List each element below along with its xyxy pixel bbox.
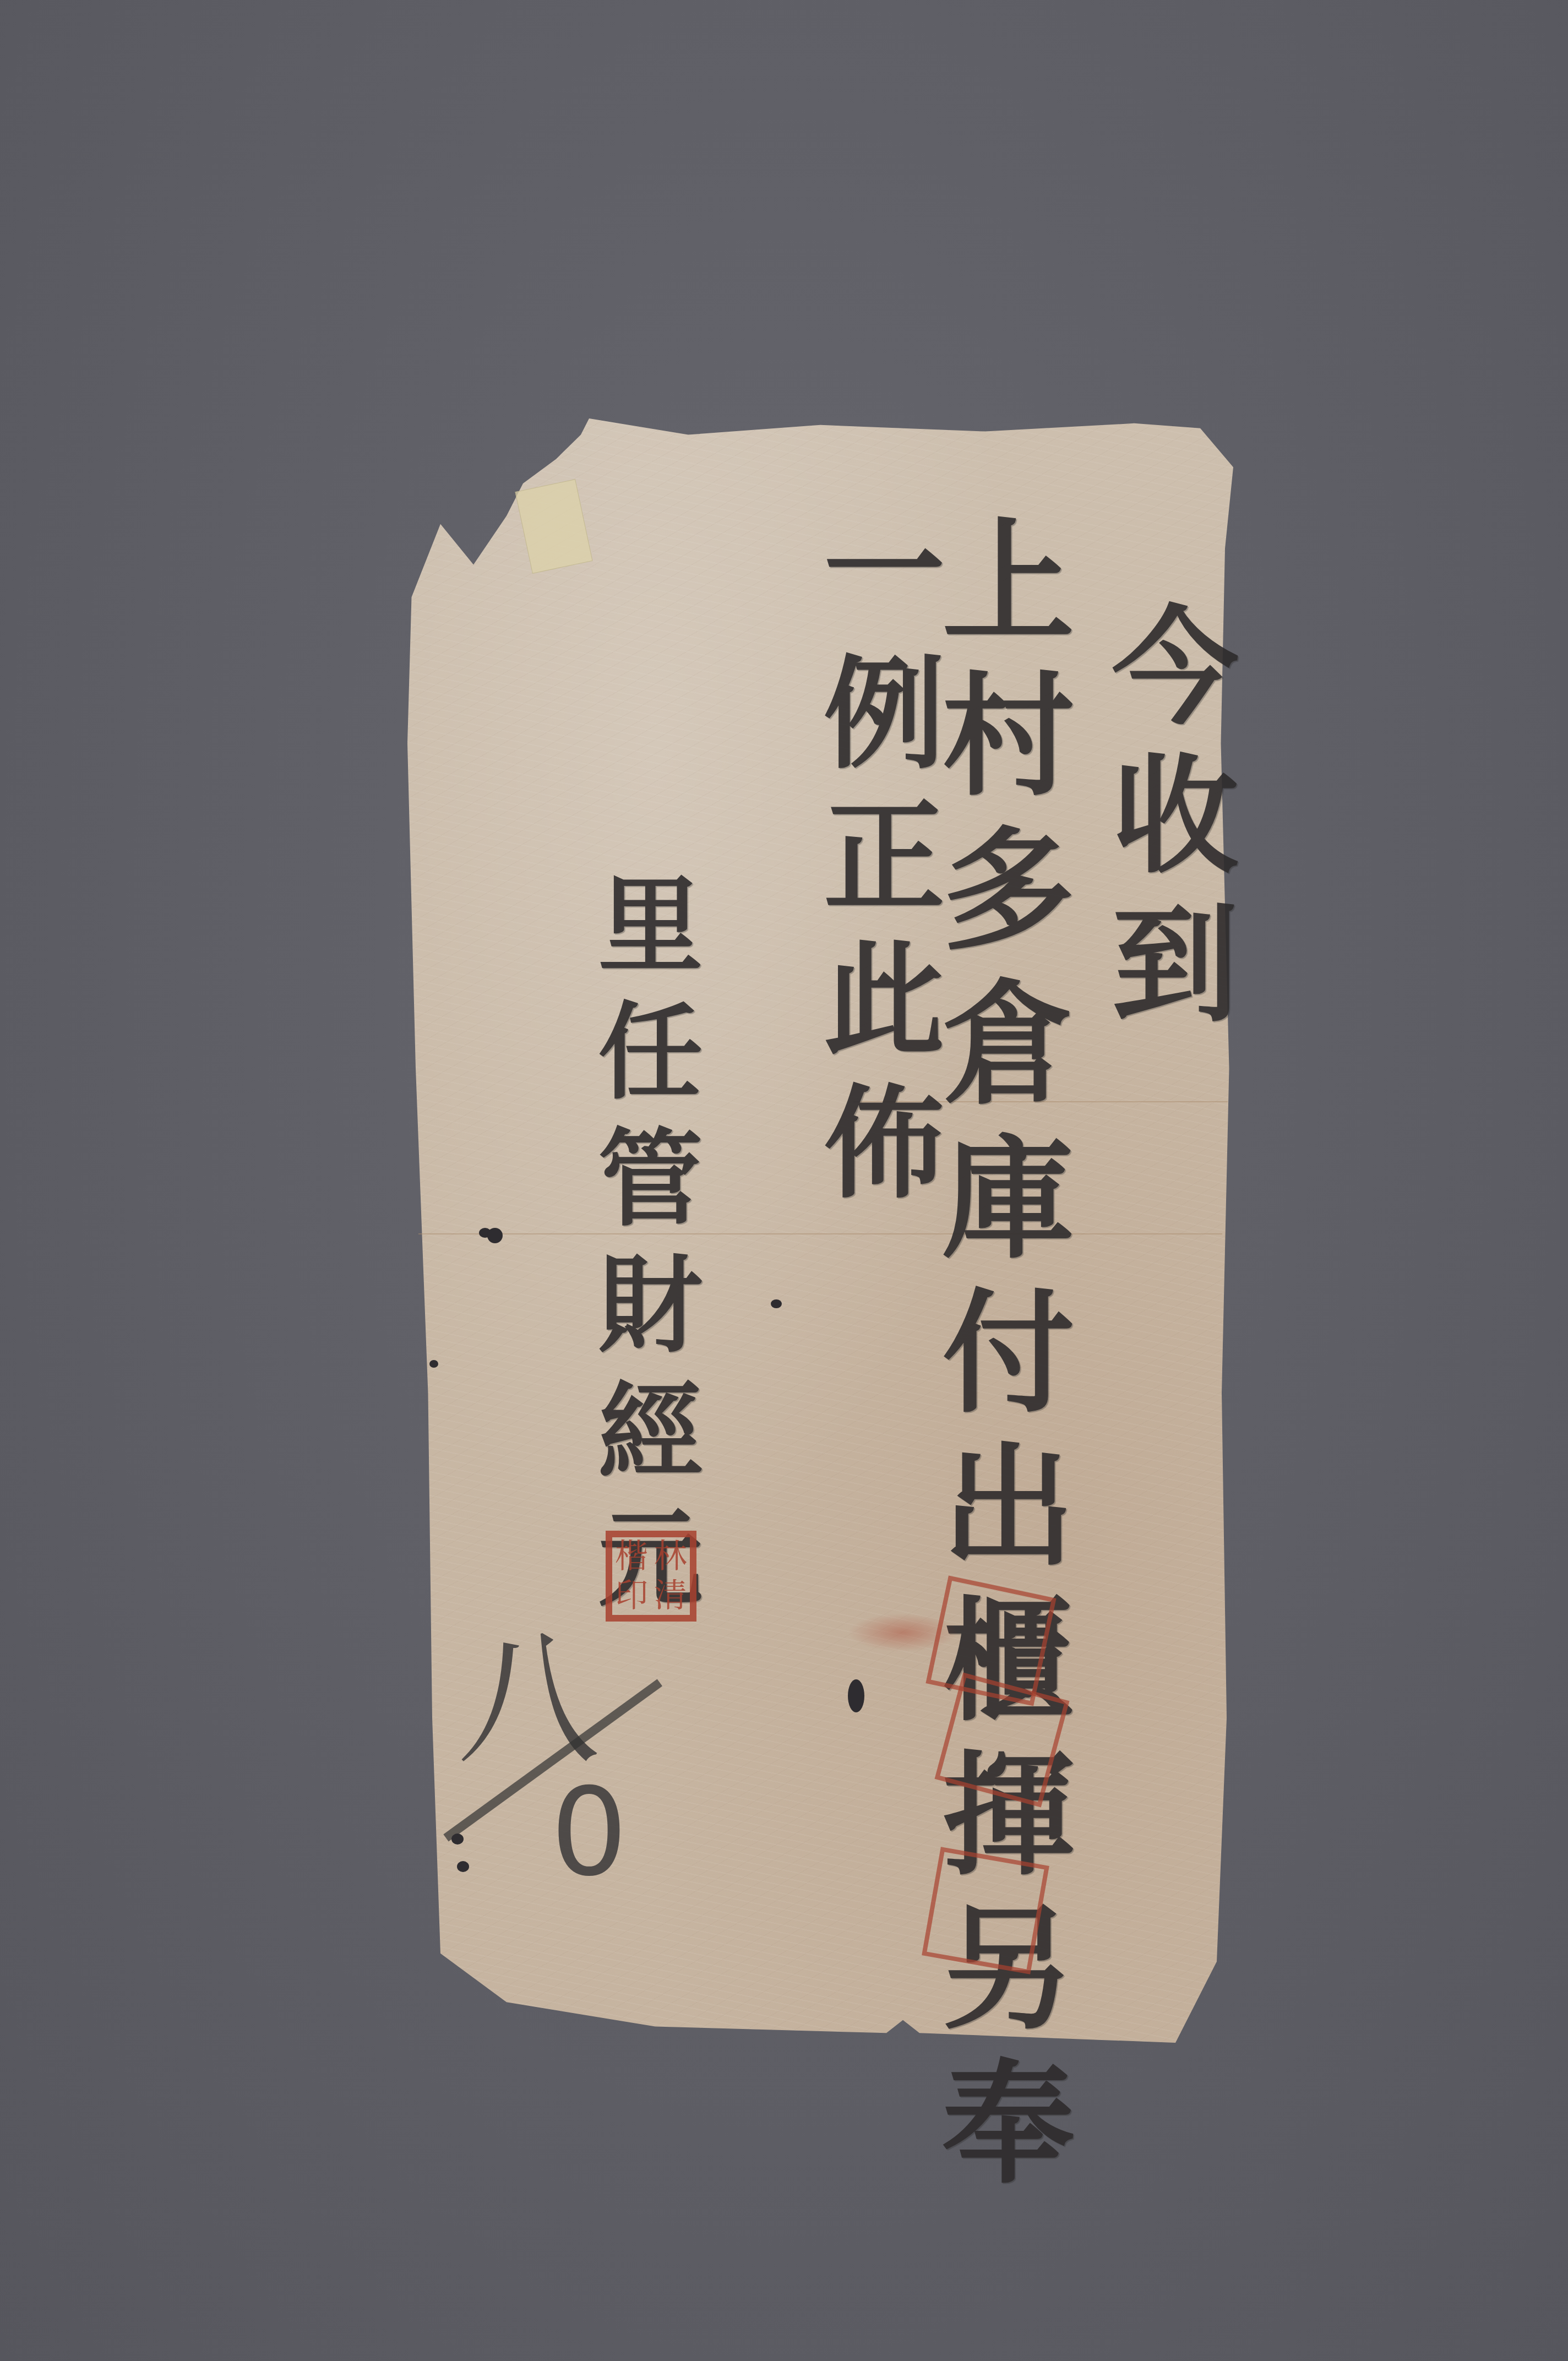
- ink-spot: [451, 1834, 464, 1845]
- fold-crease: [418, 1233, 1222, 1234]
- seal-char: 印: [612, 1579, 651, 1612]
- numeral-mark: 0: [551, 1762, 628, 1903]
- ink-spot: [457, 1861, 469, 1872]
- text-column-1: 今收到: [1074, 600, 1256, 1046]
- seal-char: 楷: [612, 1540, 651, 1573]
- text-column-3: 一例正此佈: [787, 507, 961, 1222]
- ink-spot: [771, 1299, 782, 1308]
- ink-spot: [848, 1679, 864, 1712]
- personal-seal-stamp: 林 清 楷 印: [606, 1531, 696, 1622]
- seal-char: 林: [651, 1540, 690, 1573]
- ink-spot: [487, 1228, 503, 1243]
- overlay-seal-stamp: [922, 1847, 1049, 1974]
- ink-spot: [429, 1360, 438, 1368]
- seal-char: 清: [651, 1579, 690, 1612]
- signature-column: 里任管財經元: [567, 870, 717, 1630]
- numeral-mark: 八: [457, 1586, 600, 1791]
